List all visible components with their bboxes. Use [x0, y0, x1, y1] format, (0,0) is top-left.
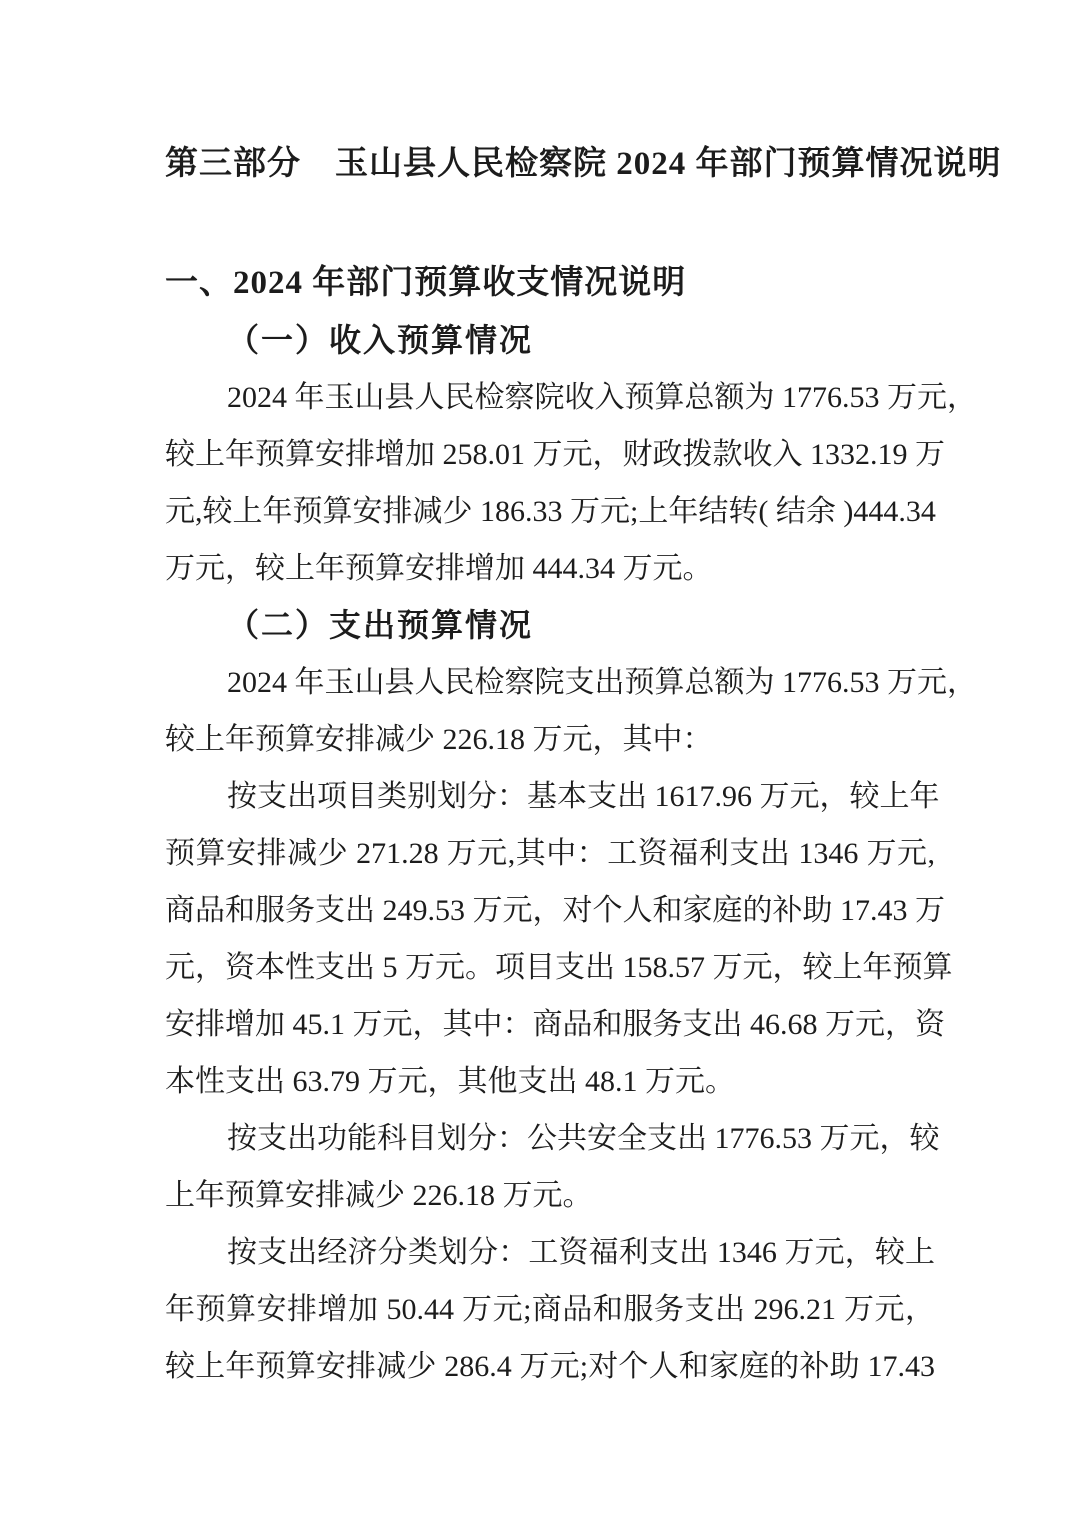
document-page: 第三部分 玉山县人民检察院 2024 年部门预算情况说明一、2024 年部门预算… — [0, 0, 1074, 1520]
paragraph-line: 预算安排减少 271.28 万元,其中：工资福利支出 1346 万元, — [165, 825, 935, 882]
paragraph-line: 按支出功能科目划分：公共安全支出 1776.53 万元，较 — [165, 1110, 935, 1167]
paragraph-line: 较上年预算安排减少 286.4 万元;对个人和家庭的补助 17.43 — [165, 1338, 935, 1395]
subsection-heading: （二）支出预算情况 — [165, 597, 935, 654]
paragraph-line: 商品和服务支出 249.53 万元，对个人和家庭的补助 17.43 万 — [165, 882, 935, 939]
paragraph-line: 年预算安排增加 50.44 万元;商品和服务支出 296.21 万元， — [165, 1281, 935, 1338]
paragraph-line: 上年预算安排减少 226.18 万元。 — [165, 1167, 935, 1224]
paragraph-line: 元，资本性支出 5 万元。项目支出 158.57 万元，较上年预算 — [165, 939, 935, 996]
paragraph-line: 2024 年玉山县人民检察院收入预算总额为 1776.53 万元， — [165, 369, 935, 426]
paragraph-line: 本性支出 63.79 万元，其他支出 48.1 万元。 — [165, 1053, 935, 1110]
paragraph-line: 万元，较上年预算安排增加 444.34 万元。 — [165, 540, 935, 597]
spacer — [165, 193, 935, 255]
document-title: 第三部分 玉山县人民检察院 2024 年部门预算情况说明 — [165, 136, 935, 193]
paragraph-line: 按支出项目类别划分：基本支出 1617.96 万元，较上年 — [165, 768, 935, 825]
paragraph-line: 较上年预算安排减少 226.18 万元，其中： — [165, 711, 935, 768]
paragraph-line: 按支出经济分类划分：工资福利支出 1346 万元，较上 — [165, 1224, 935, 1281]
paragraph-line: 安排增加 45.1 万元，其中：商品和服务支出 46.68 万元，资 — [165, 996, 935, 1053]
paragraph-line: 2024 年玉山县人民检察院支出预算总额为 1776.53 万元， — [165, 654, 935, 711]
document-content: 第三部分 玉山县人民检察院 2024 年部门预算情况说明一、2024 年部门预算… — [165, 136, 935, 1395]
section-heading: 一、2024 年部门预算收支情况说明 — [165, 255, 935, 312]
subsection-heading: （一）收入预算情况 — [165, 312, 935, 369]
paragraph-line: 较上年预算安排增加 258.01 万元，财政拨款收入 1332.19 万 — [165, 426, 935, 483]
paragraph-line: 元,较上年预算安排减少 186.33 万元;上年结转( 结余 )444.34 — [165, 483, 935, 540]
